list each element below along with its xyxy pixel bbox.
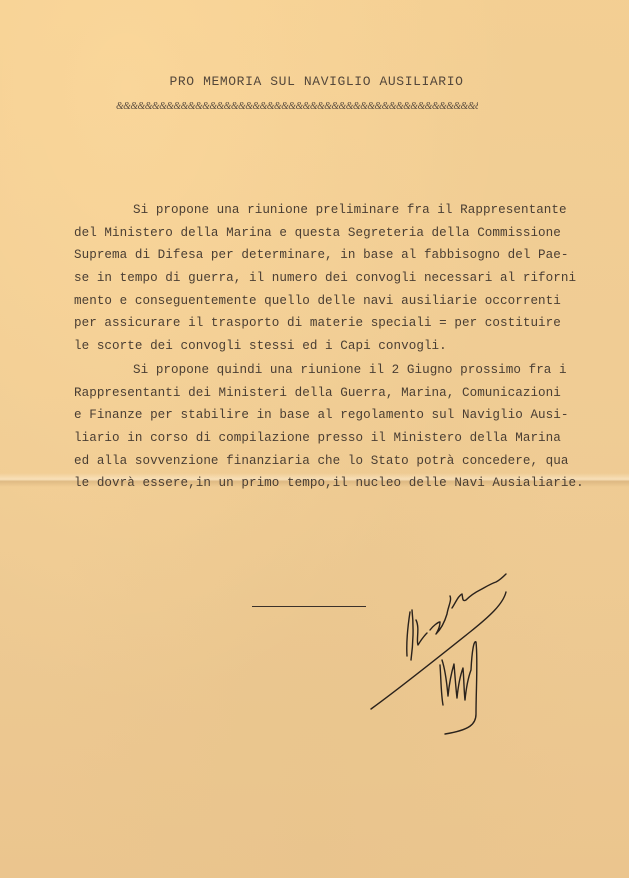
document-page: PRO MEMORIA SUL NAVIGLIO AUSILIARIO &&&&… <box>0 0 629 878</box>
paragraph-1-line: mento e conseguentemente quello delle na… <box>74 290 629 313</box>
paragraph-1-line: del Ministero della Marina e questa Segr… <box>74 222 629 245</box>
paragraph-2-line: liario in corso di compilazione presso i… <box>74 427 629 450</box>
paragraph-2-line: le dovrà essere,in un primo tempo,il nuc… <box>74 472 629 495</box>
document-body: Si propone una riunione preliminare fra … <box>74 199 629 495</box>
paragraph-1-line: per assicurare il trasporto di materie s… <box>74 312 629 335</box>
ornamental-rule: &&&&&&&&&&&&&&&&&&&&&&&&&&&&&&&&&&&&&&&&… <box>116 101 478 112</box>
paragraph-1-line: le scorte dei convogli stessi ed i Capi … <box>74 335 629 358</box>
signature-mark <box>440 642 477 734</box>
paragraph-2-line: Si propone quindi una riunione il 2 Giug… <box>74 359 629 382</box>
paragraph-1-line: Suprema di Difesa per determinare, in ba… <box>74 244 629 267</box>
document-title: PRO MEMORIA SUL NAVIGLIO AUSILIARIO <box>0 74 629 89</box>
paragraph-2-line: e Finanze per stabilire in base al regol… <box>74 404 629 427</box>
handwritten-note-sta-bene <box>407 574 506 660</box>
paragraph-1-line: se in tempo di guerra, il numero dei con… <box>74 267 629 290</box>
paragraph-2-line: ed alla sovvenzione finanziaria che lo S… <box>74 450 629 473</box>
paragraph-1-line: Si propone una riunione preliminare fra … <box>74 199 629 222</box>
paragraph-2-line: Rappresentanti dei Ministeri della Guerr… <box>74 382 629 405</box>
diagonal-stroke <box>371 592 506 709</box>
closing-rule <box>252 606 366 607</box>
